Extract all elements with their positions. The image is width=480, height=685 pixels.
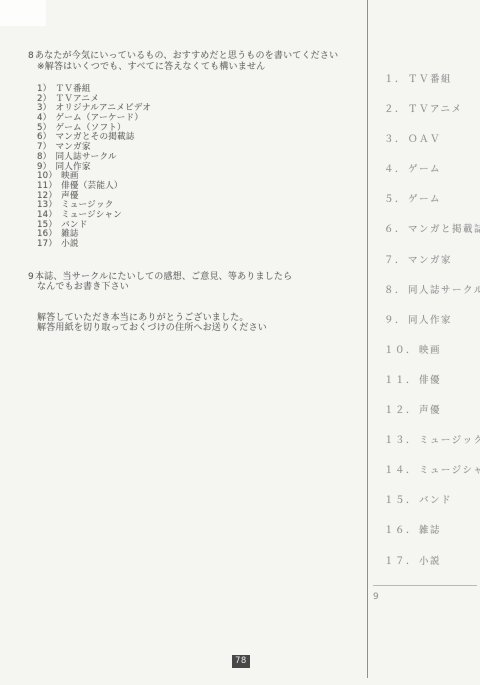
item-label: ゲーム [408,194,441,205]
list-item: １６．雑誌 [384,525,480,555]
vertical-divider [367,0,368,678]
item-label: 映画 [61,171,79,181]
list-item: ９．同人作家 [384,315,480,345]
item-label: 俳優 [419,375,441,386]
list-item: １．ＴＶ番組 [384,74,480,104]
item-label: マンガと掲載誌 [408,224,480,235]
question-8-heading: 8あなたが今気にいっているもの、おすすめだと思うものを書いてください [28,51,338,61]
item-label: 声優 [419,405,441,416]
item-number: ５． [384,194,406,206]
item-label: マンガ家 [55,142,90,152]
item-number: ９． [384,315,406,327]
list-item: ２．ＴＶアニメ [384,104,480,134]
closing-line-2: 解答用紙を切り取っておくづけの住所へお送りください [37,323,267,333]
option-list: 1）ＴＶ番組 2）ＴＶアニメ 3）オリジナルアニメビデオ 4）ゲーム（アーケード… [37,85,151,250]
item-number: ８． [384,285,406,297]
question-9-heading: 9本誌、当サークルにたいしての感想、ご意見、等ありましたら [28,272,292,282]
item-number: １４． [384,465,417,477]
list-item: １３．ミュージック [384,435,480,465]
item-number: １７． [384,556,417,568]
item-label: ミュージック [61,200,113,210]
item-number: １３． [384,435,417,447]
scanned-survey-page: 8あなたが今気にいっているもの、おすすめだと思うものを書いてください ※解答はい… [0,0,480,685]
item-label: 同人誌サークル [55,152,116,162]
item-label: ミュージック [419,435,480,446]
list-item: ５．ゲーム [384,194,480,224]
list-item: １７．小説 [384,556,480,586]
item-number: １６． [384,525,417,537]
item-label: 雑誌 [61,229,79,239]
item-label: 同人作家 [408,315,452,326]
item-label: ゲーム [408,164,441,175]
closing-line-1: 解答していただき本当にありがとうございました。 [37,313,249,323]
question-number: 8 [28,51,34,61]
item-number: １． [384,74,406,86]
item-label: ミュージシャン [419,465,480,476]
item-label: 同人作家 [55,162,90,172]
list-item: ７．マンガ家 [384,255,480,285]
item-label: バンド [419,495,452,506]
list-item: ６．マンガと掲載誌 [384,224,480,254]
page-number-badge: 78 [232,655,250,668]
list-item: ８．同人誌サークル [384,285,480,315]
question-8-note: ※解答はいくつでも、すべてに答えなくても構いません [37,62,265,72]
answer-column-list: １．ＴＶ番組 ２．ＴＶアニメ ３．ＯＡＶ ４．ゲーム ５．ゲーム ６．マンガと掲… [384,74,480,586]
item-number: ２． [384,104,406,116]
item-label: ＴＶ番組 [408,74,452,85]
question-number: 9 [28,272,34,282]
item-label: マンガ家 [408,255,452,266]
list-item: １４．ミュージシャン [384,465,480,495]
item-label: 同人誌サークル [408,285,480,296]
item-label: 小説 [419,556,441,567]
item-number: ３． [384,134,406,146]
item-label: 小説 [61,239,79,249]
item-label: ＯＡＶ [408,134,441,145]
item-label: ミュージシャン [61,210,122,220]
item-label: マンガとその掲載誌 [55,132,134,142]
item-label: ゲーム（アーケード） [55,113,143,123]
list-item: ３．ＯＡＶ [384,134,480,164]
list-item: ４．ゲーム [384,164,480,194]
list-item: 17）小説 [37,240,151,250]
list-item: １２．声優 [384,405,480,435]
item-number: １２． [384,405,417,417]
item-label: オリジナルアニメビデオ [55,103,151,113]
item-number: １１． [384,375,417,387]
item-label: 映画 [419,345,441,356]
question-text: 本誌、当サークルにたいしての感想、ご意見、等ありましたら [35,272,292,282]
item-number: ６． [384,224,406,236]
list-item: １５．バンド [384,495,480,525]
answer-column-footer-number: 9 [373,592,379,602]
question-9-line2: なんでもお書き下さい [37,282,129,292]
item-label: 俳優（芸能人） [61,181,123,191]
item-number: 17） [37,240,57,250]
item-label: 雑誌 [419,525,441,536]
item-number: ４． [384,164,406,176]
question-text: あなたが今気にいっているもの、おすすめだと思うものを書いてください [35,51,338,61]
item-number: ７． [384,255,406,267]
item-label: ＴＶ番組 [55,84,90,94]
item-number: １０． [384,345,417,357]
list-item: １０．映画 [384,345,480,375]
answer-column-rule [373,585,477,586]
item-label: ＴＶアニメ [408,104,463,115]
scan-artifact [0,0,46,26]
item-number: １５． [384,495,417,507]
list-item: １１．俳優 [384,375,480,405]
